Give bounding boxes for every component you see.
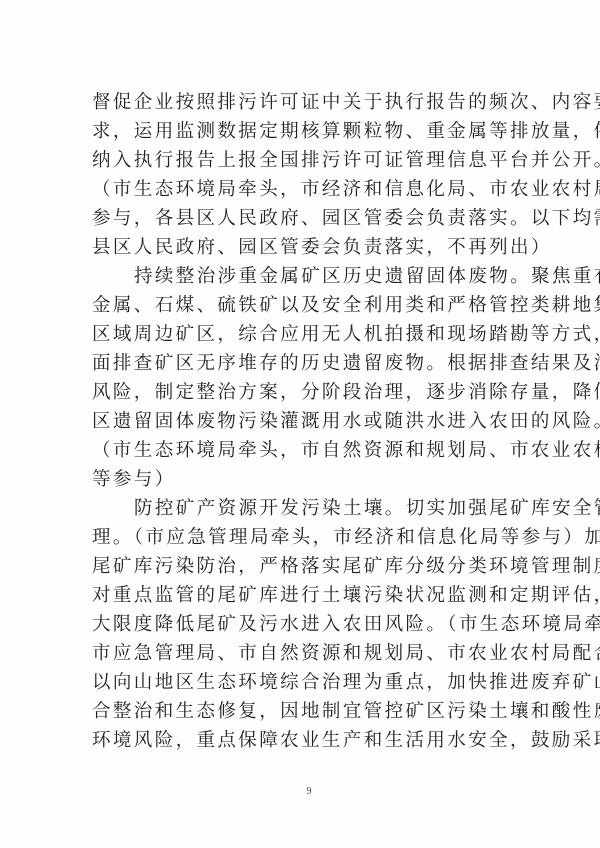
text-line: 合整治和生态修复，因地制宜管控矿区污染土壤和酸性废水 <box>92 697 512 726</box>
text-line: 金属、石煤、硫铁矿以及安全利用类和严格管控类耕地集中 <box>92 291 512 320</box>
text-line: 求，运用监测数据定期核算颗粒物、重金属等排放量，依法 <box>92 117 512 146</box>
text-line: （市生态环境局牵头，市自然资源和规划局、市农业农村局 <box>92 436 512 465</box>
text-line: 区域周边矿区，综合应用无人机拍摄和现场踏勘等方式，全 <box>92 320 512 349</box>
text-line: 区遗留固体废物污染灌溉用水或随洪水进入农田的风险。 <box>92 407 512 436</box>
text-line: 督促企业按照排污许可证中关于执行报告的频次、内容要 <box>92 88 512 117</box>
paragraph-heading-line: 防控矿产资源开发污染土壤。切实加强尾矿库安全管 <box>92 494 512 523</box>
body-text: 督促企业按照排污许可证中关于执行报告的频次、内容要 求，运用监测数据定期核算颗粒… <box>92 88 512 755</box>
text-line: 理。（市应急管理局牵头，市经济和信息化局等参与）加强 <box>92 523 512 552</box>
text-line: 对重点监管的尾矿库进行土壤污染状况监测和定期评估，最 <box>92 581 512 610</box>
text-line: 环境风险，重点保障农业生产和生活用水安全，鼓励采取自 <box>92 726 512 755</box>
text-line: 等参与） <box>92 465 512 494</box>
text-line: 市应急管理局、市自然资源和规划局、市农业农村局配合） <box>92 639 512 668</box>
text-line: 面排查矿区无序堆存的历史遗留废物。根据排查结果及污染 <box>92 349 512 378</box>
text-line: 县区人民政府、园区管委会负责落实，不再列出） <box>92 233 512 262</box>
page-number: 9 <box>0 786 600 797</box>
text-line: 参与，各县区人民政府、园区管委会负责落实。以下均需各 <box>92 204 512 233</box>
paragraph-heading-line: 持续整治涉重金属矿区历史遗留固体废物。聚焦重有色 <box>92 262 512 291</box>
text-line: 纳入执行报告上报全国排污许可证管理信息平台并公开。 <box>92 146 512 175</box>
text-line: （市生态环境局牵头，市经济和信息化局、市农业农村局等 <box>92 175 512 204</box>
text-line: 以向山地区生态环境综合治理为重点，加快推进废弃矿山综 <box>92 668 512 697</box>
document-page: 督促企业按照排污许可证中关于执行报告的频次、内容要 求，运用监测数据定期核算颗粒… <box>0 0 600 848</box>
text-line: 大限度降低尾矿及污水进入农田风险。（市生态环境局牵头， <box>92 610 512 639</box>
text-line: 风险，制定整治方案，分阶段治理，逐步消除存量，降低矿 <box>92 378 512 407</box>
text-line: 尾矿库污染防治，严格落实尾矿库分级分类环境管理制度， <box>92 552 512 581</box>
